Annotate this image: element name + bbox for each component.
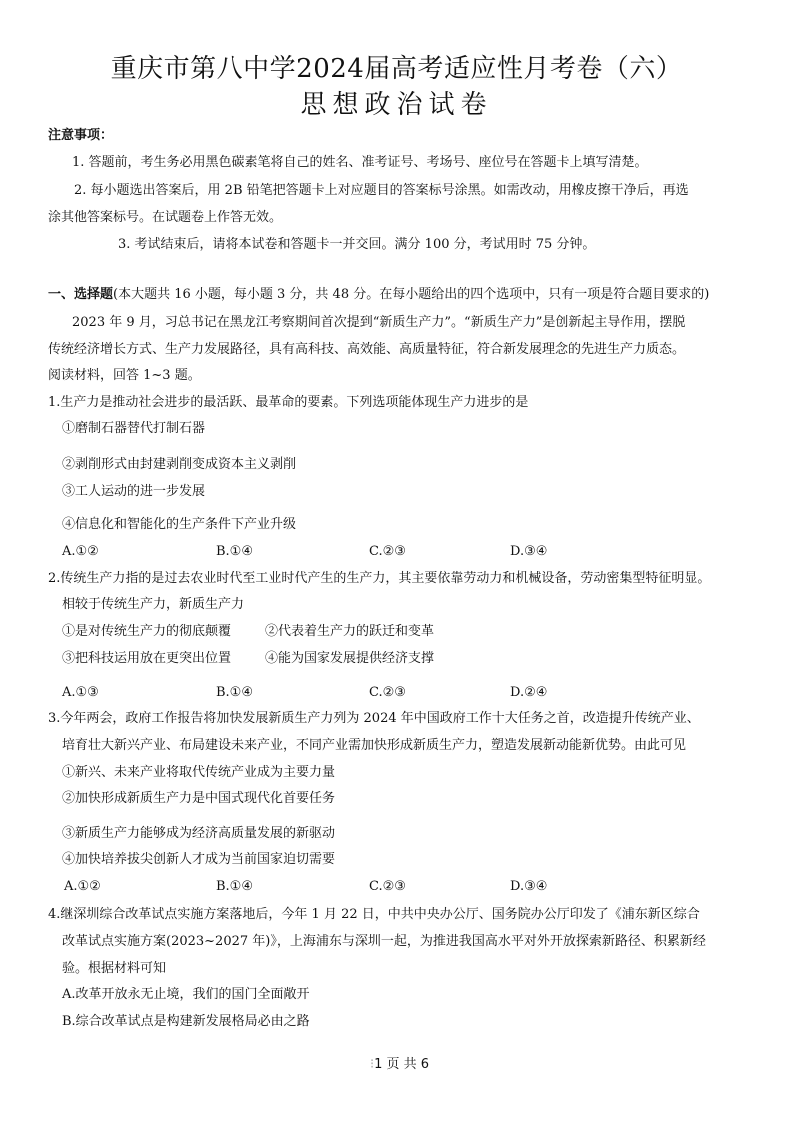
q3-stem-2: 培育壮大新兴产业、布局建设未来产业，不同产业需加快形成新质生产力，塑造发展新动能… — [62, 737, 686, 755]
q1-option-d[interactable]: D.③④ — [510, 543, 547, 561]
q2-option-a[interactable]: A.①③ — [62, 684, 99, 702]
material-line-1: 2023 年 9 月，习总书记在黑龙江考察期间首次提到“新质生产力”。“新质生产… — [72, 314, 685, 332]
notice-item-2-cont: 涂其他答案标号。在试题卷上作答无效。 — [48, 209, 282, 227]
q3-statement-4: ④加快培养拔尖创新人才成为当前国家迫切需要 — [62, 851, 335, 869]
notice-item-1: 1. 答题前，考生务必用黑色碳素笔将自己的姓名、准考证号、考场号、座位号在答题卡… — [72, 154, 648, 172]
material-line-2: 传统经济增长方式、生产力发展路径，具有高科技、高效能、高质量特征，符合新发展理念… — [48, 341, 685, 359]
q4-stem-3: 验。根据材料可知 — [62, 960, 166, 978]
q3-option-a[interactable]: A.①② — [64, 878, 101, 896]
q3-option-d[interactable]: D.③④ — [510, 878, 547, 896]
q1-option-b[interactable]: B.①④ — [216, 543, 253, 561]
notice-item-3: 3. 考试结束后，请将本试卷和答题卡一并交回。满分 100 分，考试用时 75 … — [118, 236, 595, 254]
q2-option-d[interactable]: D.②④ — [510, 684, 547, 702]
section-heading: 一、选择题(本大题共 16 小题，每小题 3 分，共 48 分。在每小题给出的四… — [48, 286, 709, 304]
exam-page: 重庆市第八中学2024届高考适应性月考卷（六） 思想政治试卷 注意事项： 1. … — [0, 0, 793, 1121]
material-line-3: 阅读材料，回答 1~3 题。 — [48, 367, 201, 385]
q1-option-a[interactable]: A.①② — [62, 543, 99, 561]
q3-statement-1: ①新兴、未来产业将取代传统产业成为主要力量 — [62, 764, 335, 782]
q2-option-c[interactable]: C.②③ — [369, 684, 406, 702]
q2-stem-1: 2.传统生产力指的是过去农业时代至工业时代产生的生产力，其主要依靠劳动力和机械设… — [48, 570, 710, 588]
exam-title: 重庆市第八中学2024届高考适应性月考卷（六） — [0, 52, 793, 86]
notice-heading: 注意事项： — [48, 127, 113, 145]
q1-statement-4: ④信息化和智能化的生产条件下产业升级 — [62, 516, 296, 534]
q1-option-c[interactable]: C.②③ — [369, 543, 406, 561]
q1-stem: 1.生产力是推动社会进步的最活跃、最革命的要素。下列选项能体现生产力进步的是 — [48, 394, 528, 412]
notice-item-2: 2. 每小题选出答案后，用 2B 铅笔把答题卡上对应题目的答案标号涂黑。如需改动… — [74, 182, 689, 200]
q3-statement-2: ②加快形成新质生产力是中国式现代化首要任务 — [62, 790, 335, 808]
q3-option-c[interactable]: C.②③ — [369, 878, 406, 896]
q2-stem-2: 相较于传统生产力，新质生产力 — [62, 596, 244, 614]
q3-statement-3: ③新质生产力能够成为经济高质量发展的新驱动 — [62, 825, 335, 843]
q4-option-b[interactable]: B.综合改革试点是构建新发展格局必由之路 — [62, 1013, 310, 1031]
q2-statement-1: ①是对传统生产力的彻底颠覆 — [62, 623, 231, 641]
q1-statement-1: ①磨制石器替代打制石器 — [62, 420, 205, 438]
q2-option-b[interactable]: B.①④ — [216, 684, 253, 702]
q2-statement-2: ②代表着生产力的跃迁和变革 — [265, 623, 434, 641]
q3-option-b[interactable]: B.①④ — [216, 878, 253, 896]
q4-stem-1: 4.继深圳综合改革试点实施方案落地后，今年 1 月 22 日，中共中央办公厅、国… — [48, 906, 700, 924]
page-footer: ⁝1 页 共 6 — [370, 1053, 429, 1072]
q4-stem-2: 改革试点实施方案(2023~2027 年)》，上海浦东与深圳一起，为推进我国高水… — [62, 933, 706, 951]
q4-option-a[interactable]: A.改革开放永无止境，我们的国门全面敞开 — [62, 986, 310, 1004]
q2-statement-3: ③把科技运用放在更突出位置 — [62, 650, 231, 668]
section-heading-bold: 一、选择题 — [48, 287, 113, 302]
q1-statement-3: ③工人运动的进一步发展 — [62, 483, 205, 501]
q1-statement-2: ②剥削形式由封建剥削变成资本主义剥削 — [62, 456, 296, 474]
page-number: 1 页 共 6 — [374, 1057, 429, 1072]
q3-stem-1: 3.今年两会，政府工作报告将加快发展新质生产力列为 2024 年中国政府工作十大… — [48, 710, 700, 728]
section-heading-desc: (本大题共 16 小题，每小题 3 分，共 48 分。在每小题给出的四个选项中，… — [113, 287, 709, 302]
q2-statement-4: ④能为国家发展提供经济支撑 — [265, 650, 434, 668]
exam-subject: 思想政治试卷 — [0, 88, 793, 122]
